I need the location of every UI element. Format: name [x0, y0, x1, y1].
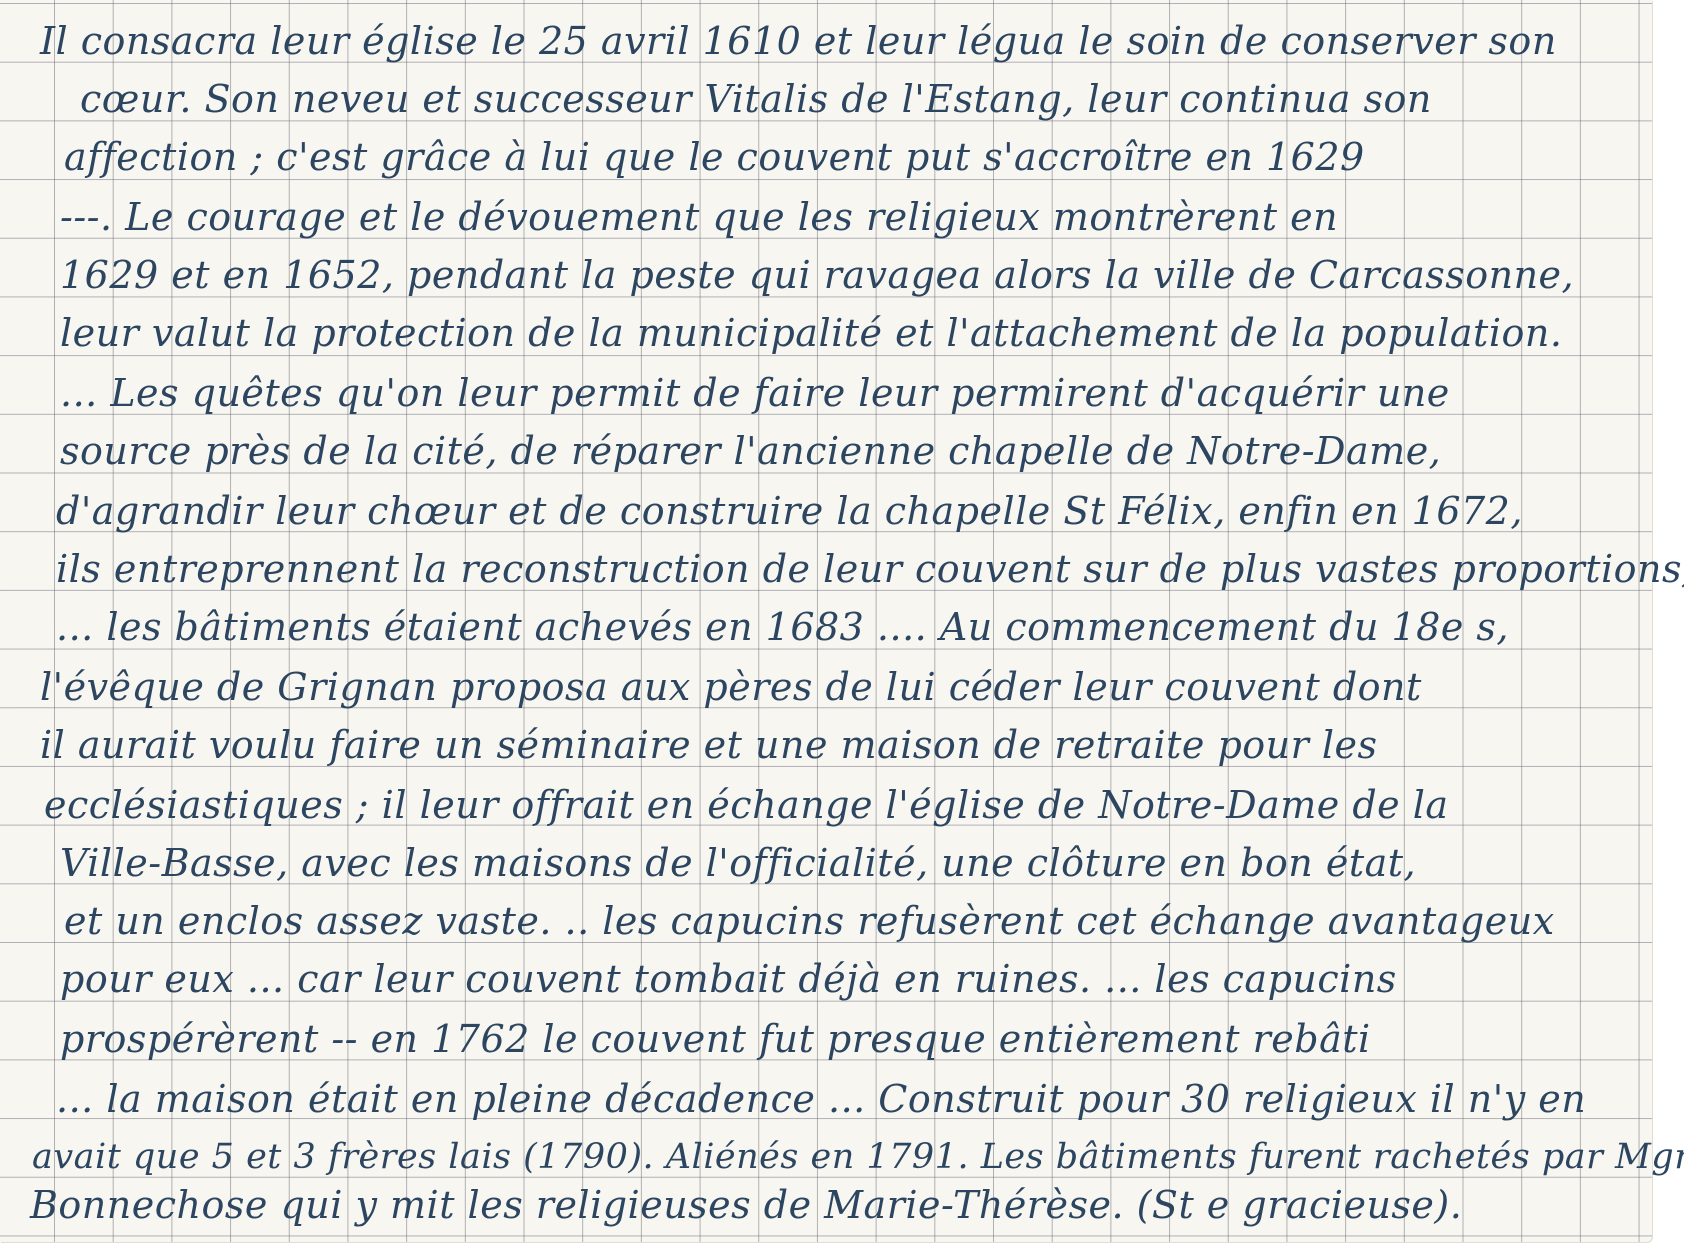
text-line: Bonnechose qui y mit les religieuses de …: [30, 1176, 1462, 1234]
grid-paper-sheet: Il consacra leur église le 25 avril 1610…: [0, 0, 1652, 1242]
text-line: ... la maison était en pleine décadence …: [56, 1070, 1586, 1128]
text-line: l'évêque de Grignan proposa aux pères de…: [40, 658, 1422, 716]
text-line: pour eux ... car leur couvent tombait dé…: [60, 950, 1397, 1008]
text-line: source près de la cité, de réparer l'anc…: [60, 422, 1441, 480]
text-line: et un enclos assez vaste. .. les capucin…: [64, 892, 1555, 950]
text-line: ---. Le courage et le dévouement que les…: [60, 188, 1338, 246]
text-line: Il consacra leur église le 25 avril 1610…: [40, 12, 1557, 70]
text-line: leur valut la protection de la municipal…: [60, 304, 1562, 362]
text-line: ecclésiastiques ; il leur offrait en éch…: [44, 776, 1449, 834]
text-line: cœur. Son neveu et successeur Vitalis de…: [80, 70, 1432, 128]
text-line: il aurait voulu faire un séminaire et un…: [40, 716, 1378, 774]
text-line: ... les bâtiments étaient achevés en 168…: [56, 598, 1509, 656]
text-line: prospérèrent -- en 1762 le couvent fut p…: [60, 1010, 1371, 1068]
text-line: d'agrandir leur chœur et de construire l…: [56, 482, 1523, 540]
text-line: ils entreprennent la reconstruction de l…: [56, 540, 1684, 598]
text-line: affection ; c'est grâce à lui que le cou…: [64, 128, 1365, 186]
text-line: Ville-Basse, avec les maisons de l'offic…: [60, 834, 1416, 892]
text-line: 1629 et en 1652, pendant la peste qui ra…: [60, 246, 1574, 304]
text-line: ... Les quêtes qu'on leur permit de fair…: [60, 364, 1450, 422]
